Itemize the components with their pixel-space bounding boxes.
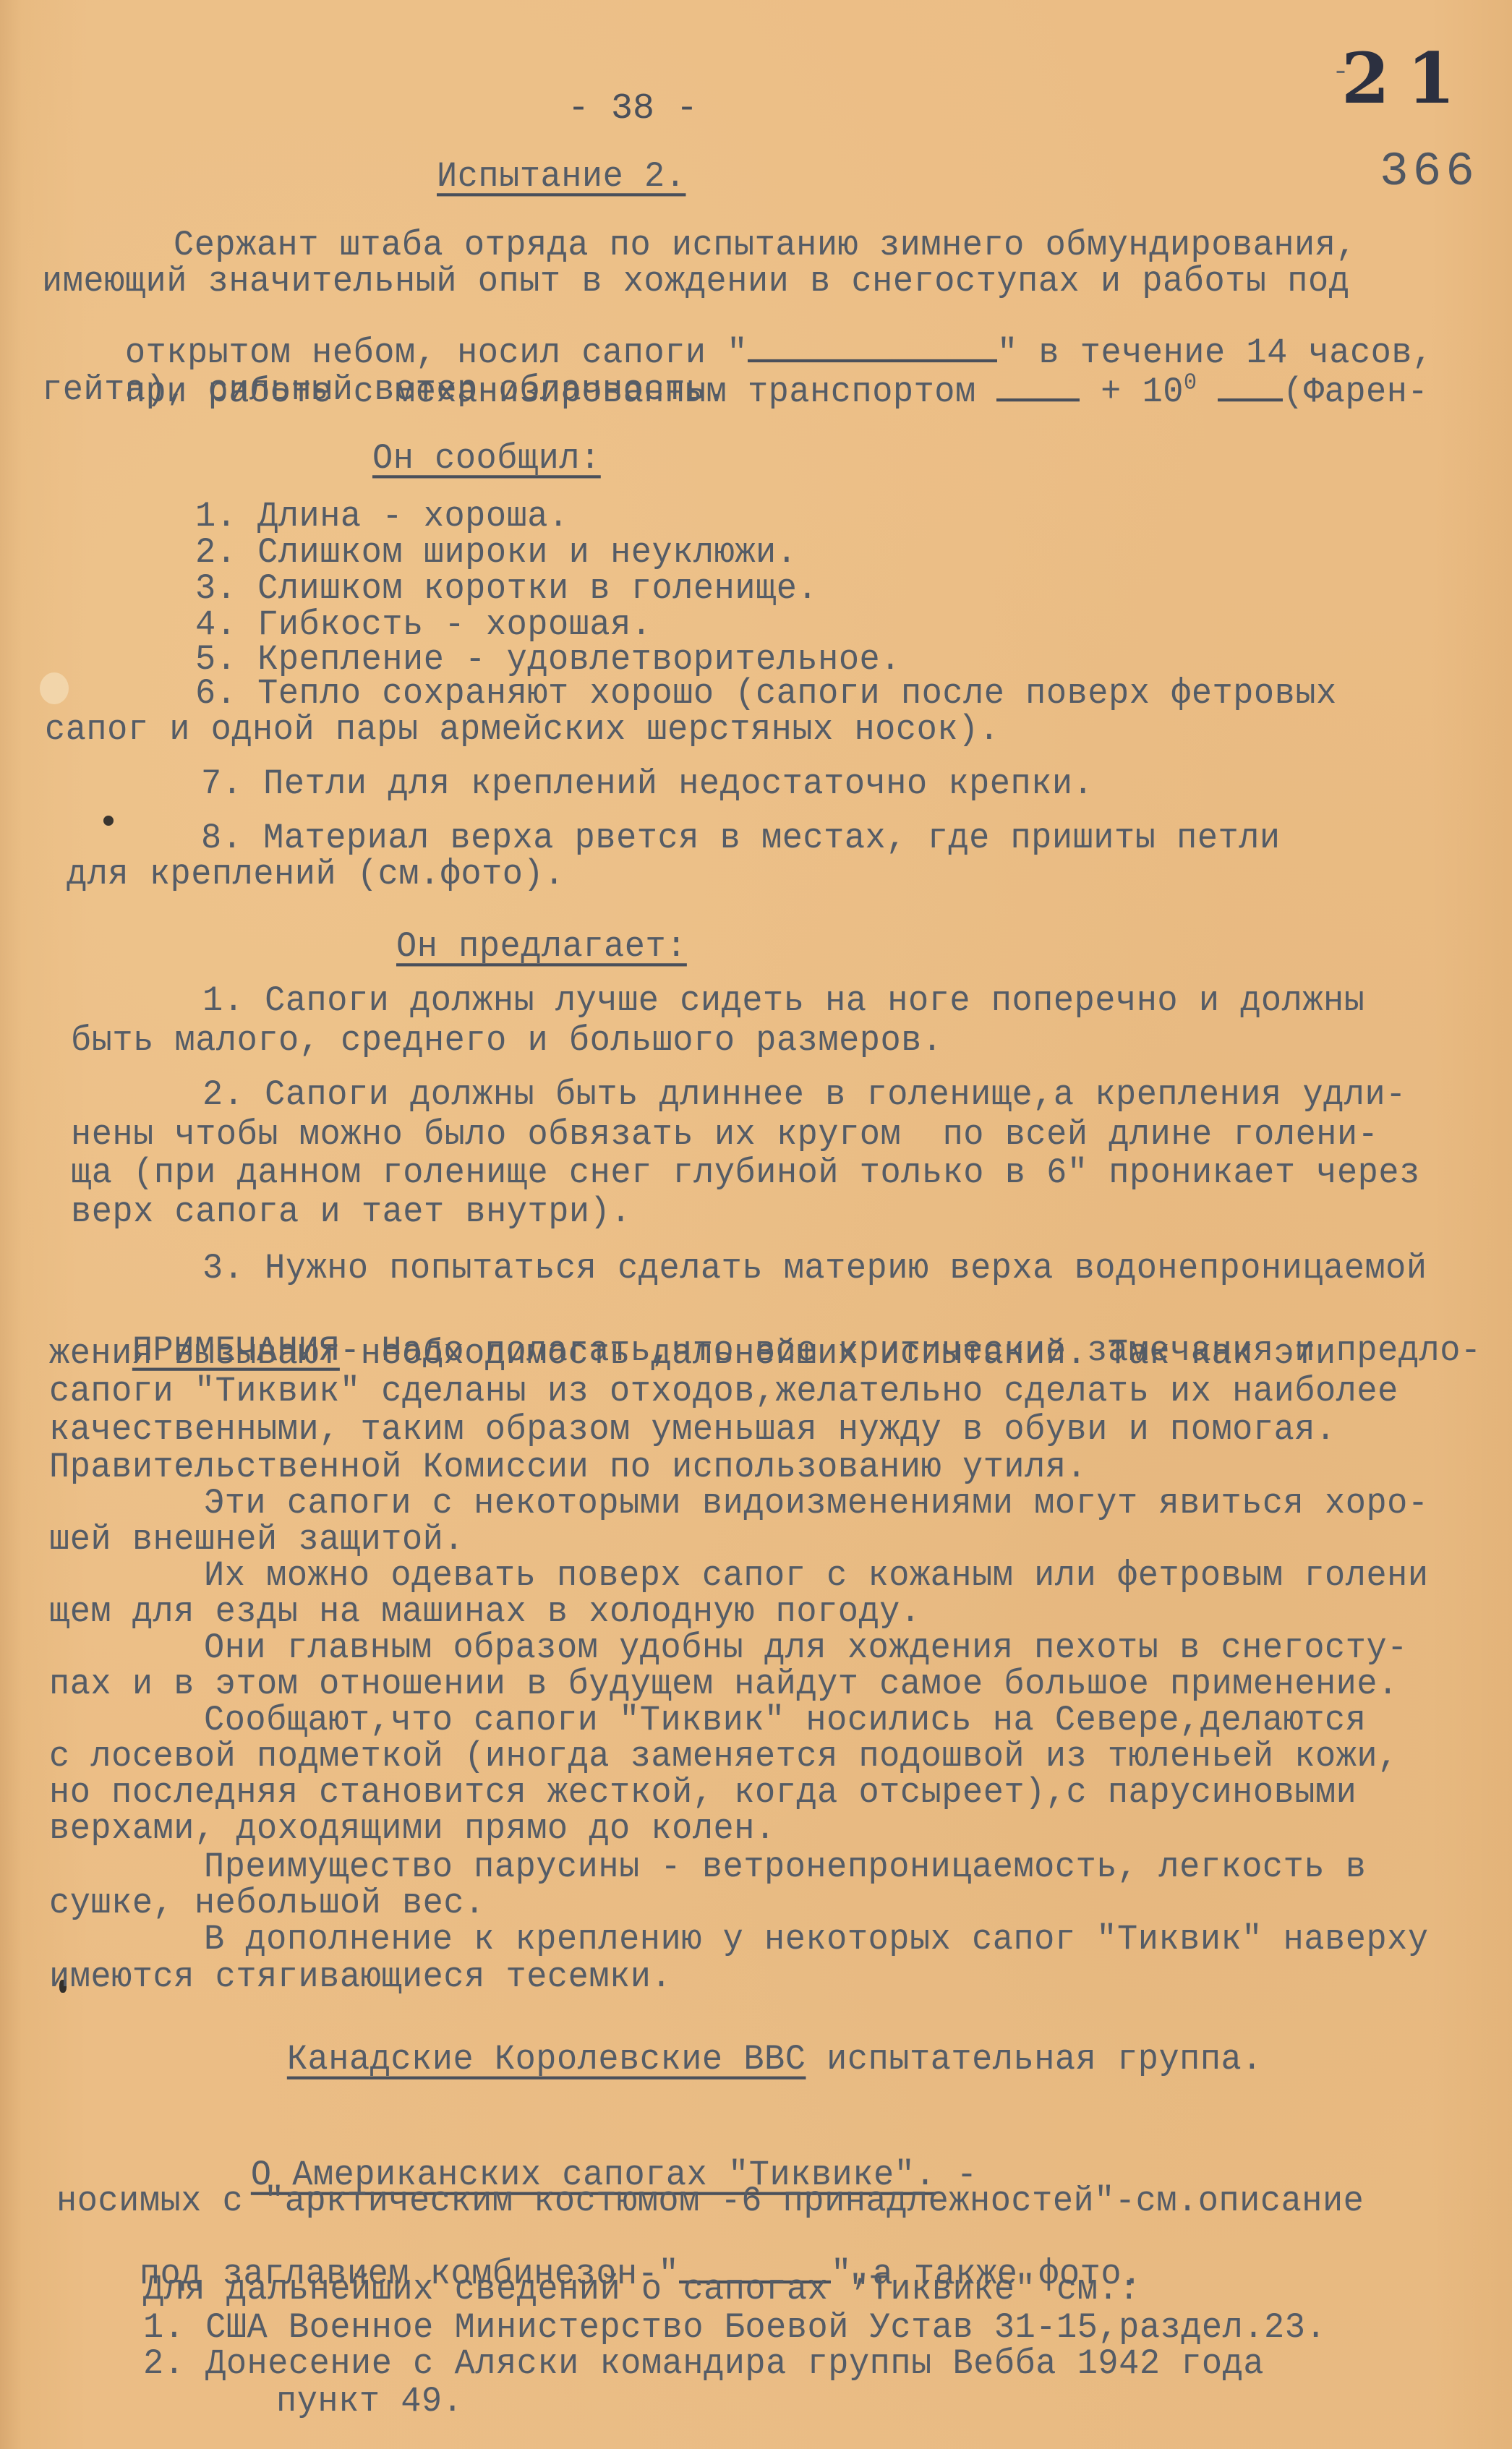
sheet-number: 366	[1380, 145, 1479, 199]
suggest-item-3: 3. Нужно попытаться сделать материю верх…	[202, 1251, 1427, 1286]
notes-line-9: щем для езды на машинах в холодную погод…	[49, 1594, 921, 1630]
american-line-1: носимых с "арктическим костюмом -6 прина…	[56, 2184, 1364, 2219]
suggest-item-2-cont-1: нены чтобы можно было обвязать их кругом…	[71, 1117, 1378, 1153]
intro-line-5: гейта), сильный ветер облачность.	[42, 372, 727, 408]
suggest-item-1: 1. Сапоги должны лучше сидеть на ноге по…	[202, 983, 1364, 1019]
notes-line-8: Их можно одевать поверх сапог с кожаным …	[204, 1558, 1429, 1594]
notes-line-12: Сообщают,что сапоги "Тиквик" носились на…	[204, 1703, 1366, 1738]
reported-item-1: 1. Длина - хороша.	[195, 499, 569, 534]
temperature-value: + 10	[1101, 372, 1184, 413]
reported-item-6-cont: сапог и одной пары армейских шерстяных н…	[45, 712, 999, 748]
reported-item-7: 7. Петли для креплений недостаточно креп…	[201, 766, 1093, 802]
notes-line-5: Правительственной Комиссии по использова…	[49, 1450, 1087, 1485]
reported-item-8-cont: для креплений (см.фото).	[67, 857, 565, 892]
notes-line-14: но последняя становится жесткой, когда о…	[49, 1775, 1357, 1811]
intro-line-4-end: (Фарен-	[1283, 372, 1428, 413]
notes-line-6: Эти сапоги с некоторыми видоизменениями …	[204, 1486, 1429, 1521]
intro-line-1: Сержант штаба отряда по испытанию зимнег…	[174, 228, 1357, 263]
signature-organization: Канадские Королевские ВВС	[287, 2040, 806, 2080]
suggest-item-2-cont-3: верх сапога и тает внутри).	[71, 1194, 631, 1230]
temperature-blank-1	[996, 398, 1080, 401]
paper-stain	[40, 672, 69, 704]
notes-line-17: сушке, небольшой вес.	[49, 1886, 485, 1921]
suggests-heading: Он предлагает:	[396, 929, 687, 965]
signature-rest: испытательная группа.	[827, 2040, 1263, 2080]
page-number: - 38 -	[568, 88, 698, 129]
notes-line-19: имеются стягивающиеся тесемки.	[49, 1959, 672, 1995]
notes-line-7: шей внешней защитой.	[49, 1522, 464, 1557]
reported-item-6: 6. Тепло сохраняют хорошо (сапоги после …	[195, 676, 1337, 711]
archive-folio-stamp: 21	[1341, 38, 1473, 119]
notes-line-11: пах и в этом отношении в будущем найдут …	[49, 1667, 1398, 1702]
reported-item-3: 3. Слишком коротки в голенище.	[195, 571, 818, 607]
paper-hole	[103, 816, 114, 826]
notes-line-15: верхами, доходящими прямо до колен.	[49, 1811, 776, 1847]
notes-line-10: Они главным образом удобны для хождения …	[204, 1630, 1408, 1666]
suggest-item-2-cont-2: ща (при данном голенище снег глубиной то…	[71, 1155, 1420, 1191]
section-title: Испытание 2.	[437, 159, 685, 195]
notes-line-4: качественными, таким образом уменьшая ну…	[49, 1412, 1336, 1448]
document-page: - 38 - 21 - 366 Испытание 2. Сержант шта…	[0, 0, 1512, 2449]
suggest-item-2: 2. Сапоги должны быть длиннее в голенище…	[202, 1077, 1406, 1113]
notes-line-16: Преимущество парусины - ветронепроницаем…	[204, 1850, 1366, 1885]
reported-item-5: 5. Крепление - удовлетворительное.	[195, 642, 901, 678]
notes-line-3: сапоги "Тиквик" сделаны из отходов,желат…	[49, 1374, 1398, 1409]
notes-line-18: В дополнение к креплению у некоторых сап…	[204, 1922, 1429, 1957]
reference-2-cont: пункт 49.	[276, 2384, 463, 2419]
reference-2: 2. Донесение с Аляски командира группы В…	[143, 2346, 1264, 2382]
degree-mark: 0	[1184, 370, 1197, 396]
archive-folio-number: 21	[1341, 38, 1473, 119]
suggest-item-1-cont: быть малого, среднего и большого размеро…	[71, 1023, 943, 1059]
reported-item-4: 4. Гибкость - хорошая.	[195, 607, 652, 643]
reported-item-2: 2. Слишком широки и неуклюжи.	[195, 535, 797, 570]
reference-1: 1. США Военное Министерство Боевой Устав…	[143, 2310, 1326, 2346]
temperature-blank-2	[1218, 398, 1283, 401]
notes-line-13: с лосевой подметкой (иногда заменяется п…	[49, 1739, 1398, 1774]
reported-heading: Он сообщил:	[372, 441, 601, 476]
archive-dash: -	[1332, 56, 1349, 89]
signature-line: Канадские Королевские ВВС испытательная …	[204, 2006, 1263, 2114]
notes-line-2: жения вызывают необходимость дальнейших …	[49, 1336, 1336, 1372]
references-intro: Для дальнейших сведений о сапогах "Тикви…	[143, 2272, 1140, 2307]
reported-item-8: 8. Материал верха рвется в местах, где п…	[201, 821, 1281, 856]
intro-line-2: имеющий значительный опыт в хождении в с…	[42, 264, 1349, 299]
